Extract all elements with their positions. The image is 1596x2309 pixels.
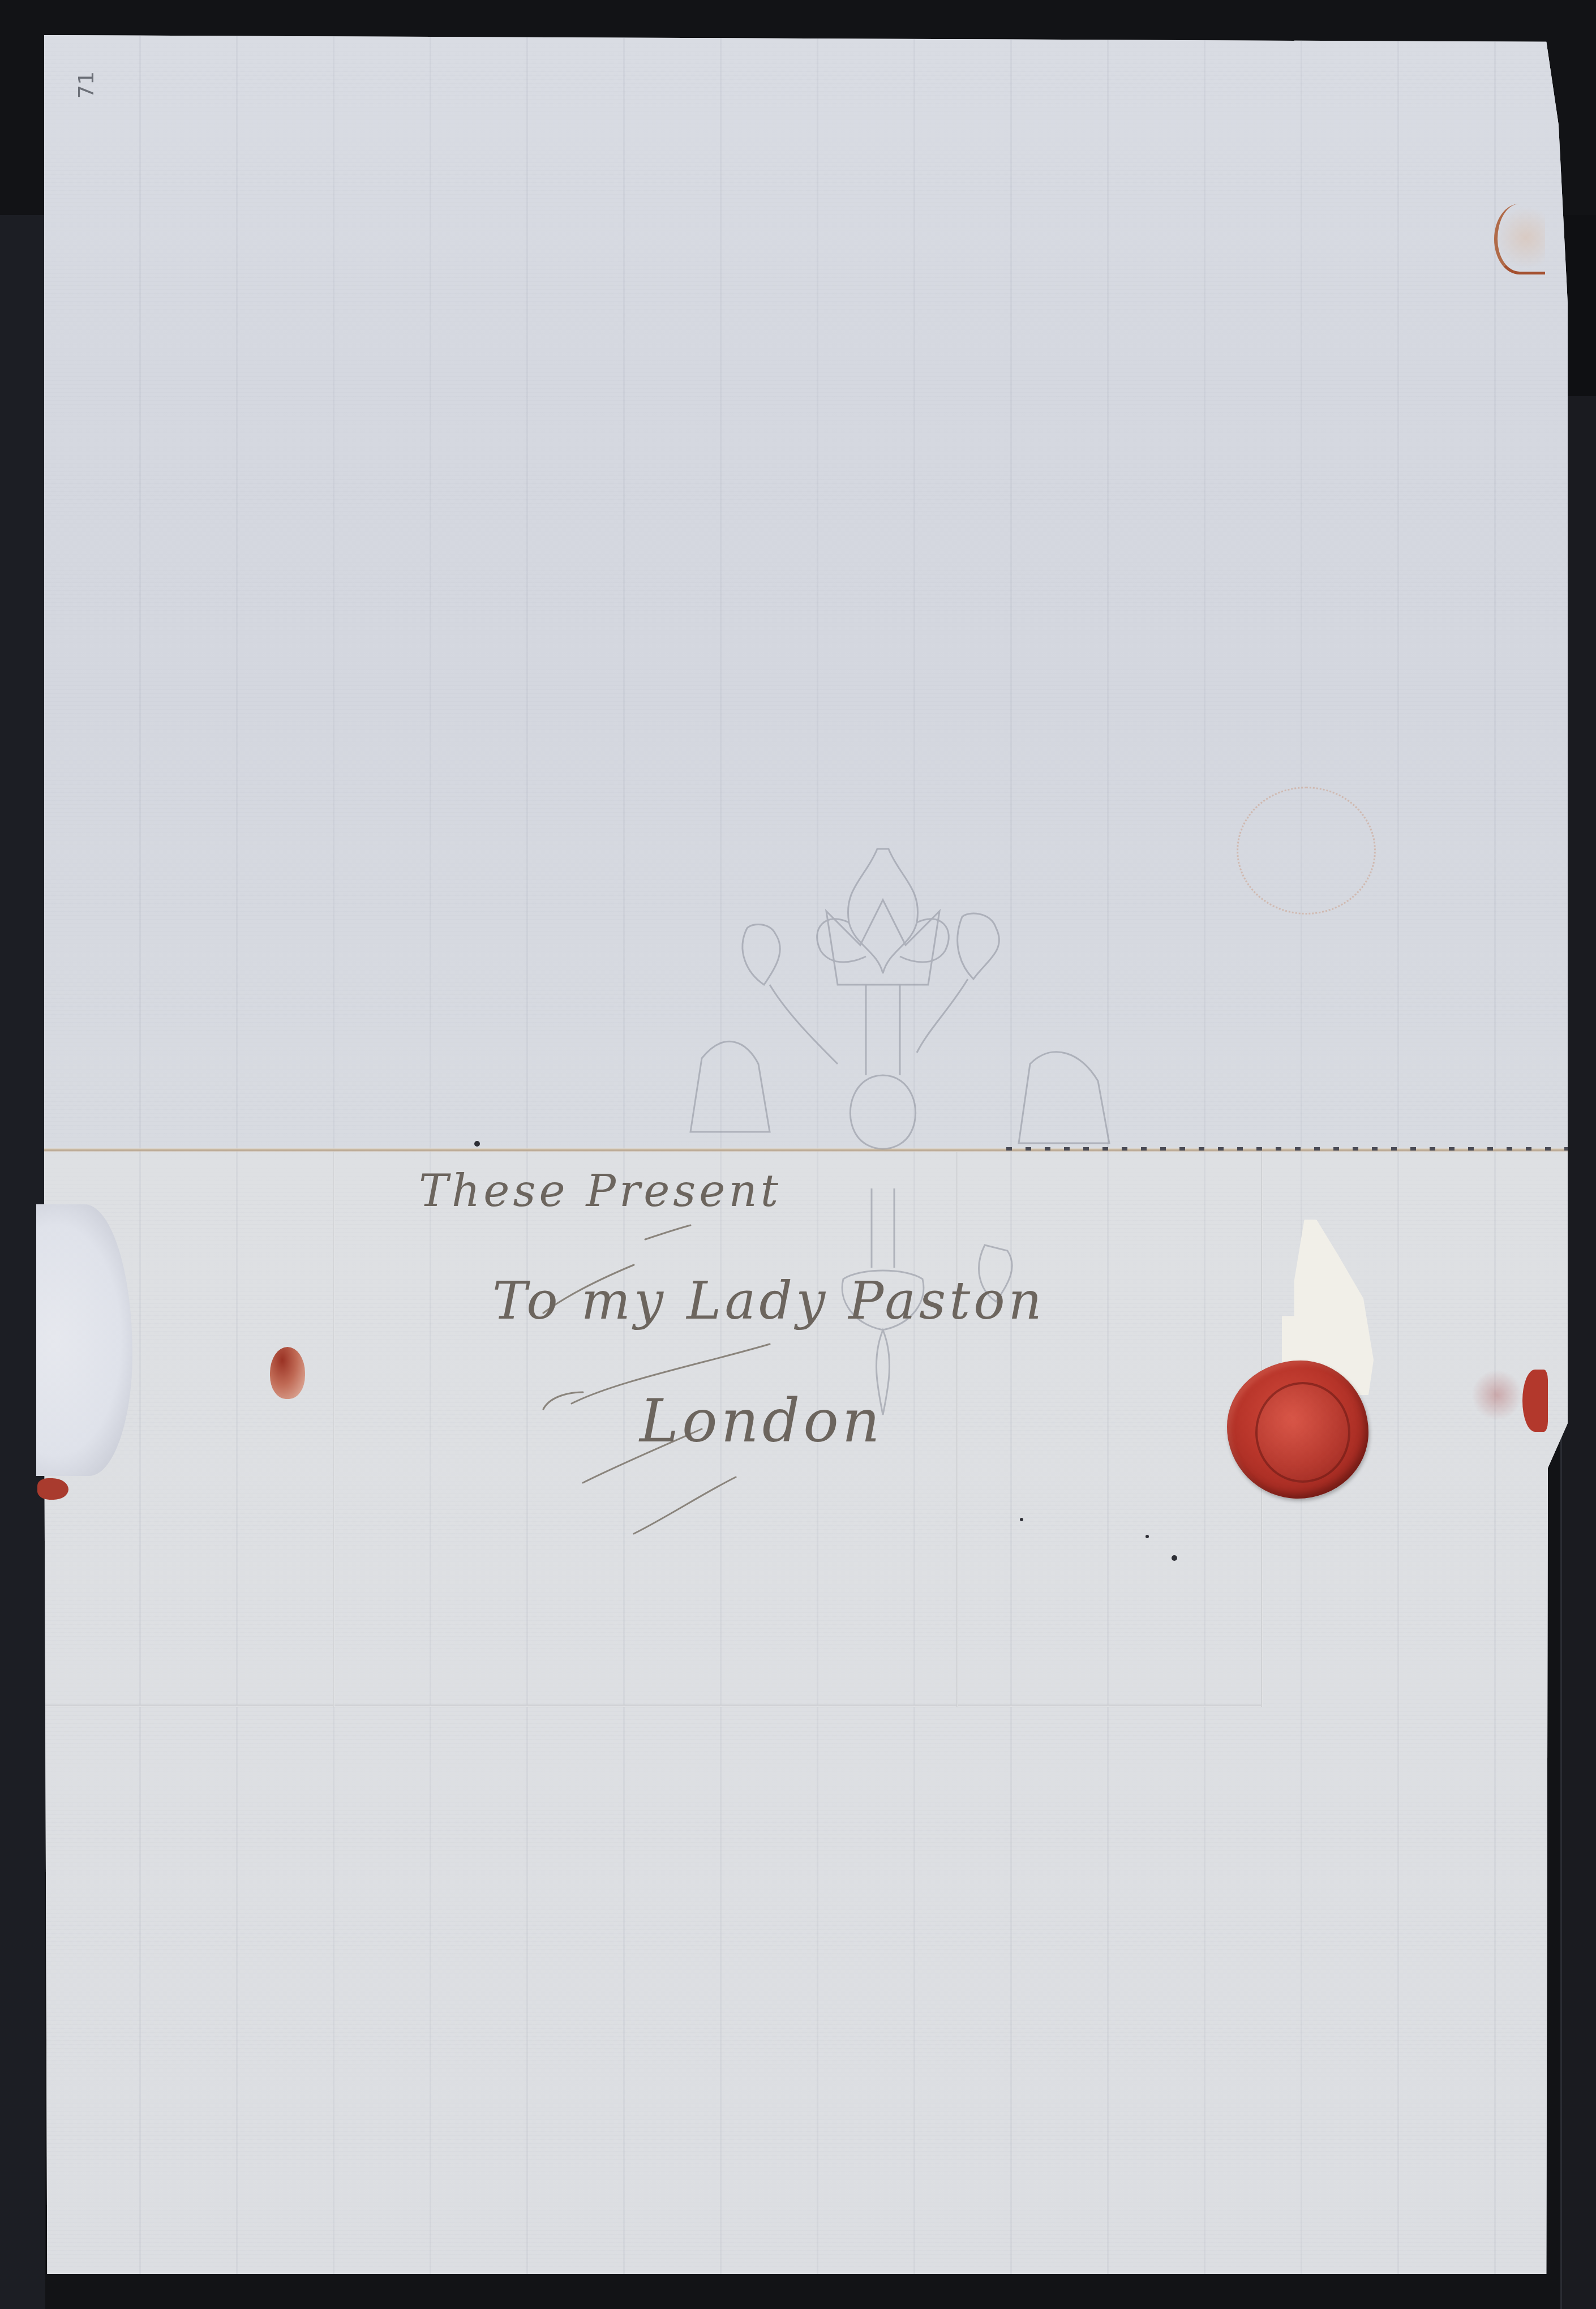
folio-number: 71 — [74, 71, 98, 98]
address-line-city: London — [640, 1387, 883, 1456]
address-line-recipient: To my Lady Paston — [492, 1271, 1045, 1331]
ink-speck — [474, 1141, 480, 1147]
seal-impression — [1255, 1382, 1350, 1483]
pen-flourish-icon — [532, 1211, 928, 1551]
fold-line-lower — [44, 1705, 1261, 1707]
wax-smear-right — [1471, 1370, 1522, 1420]
wax-spot-small — [270, 1347, 305, 1399]
address-line-these-present: These Present — [419, 1166, 782, 1217]
faint-stamp-impression — [1237, 787, 1376, 915]
wax-seal-icon — [1227, 1360, 1368, 1499]
wax-trace-top-right — [1494, 204, 1545, 274]
wax-seal-fragment-right — [1522, 1370, 1548, 1432]
ink-speck — [1145, 1535, 1149, 1538]
ink-speck — [1172, 1555, 1177, 1561]
fold-line-vertical-left — [333, 1152, 334, 1707]
ink-speck — [1020, 1518, 1023, 1521]
wax-spot-left-edge — [37, 1478, 68, 1500]
